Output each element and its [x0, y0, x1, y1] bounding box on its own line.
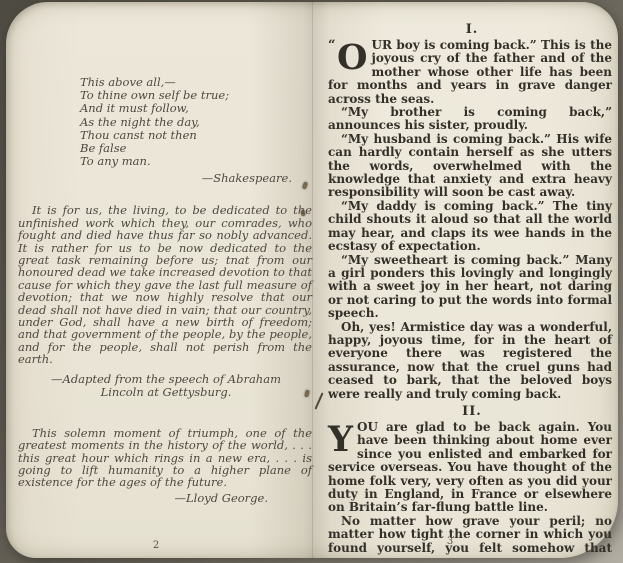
paragraph-text: OU are glad to be back again. You have b… [328, 420, 612, 514]
open-booklet: This above all,— To thine own self be tr… [6, 2, 618, 558]
lloyd-george-attribution: —Lloyd George. [16, 491, 268, 505]
left-page: This above all,— To thine own self be tr… [16, 2, 316, 558]
drop-cap-o: O [337, 39, 372, 79]
paragraph-my-sweetheart: “My sweetheart is coming back.” Many a g… [326, 254, 618, 321]
lincoln-quote: It is for us, the living, to be dedicate… [18, 204, 312, 365]
paragraph-our-boy: “ O UR boy is coming back.” This is the … [326, 39, 618, 106]
section-heading-1: I. [326, 22, 618, 37]
right-page: I. “ O UR boy is coming back.” This is t… [326, 2, 618, 558]
page-number-right: 3 [304, 536, 596, 547]
page-number-left: 2 [6, 540, 306, 551]
poem-line: And it must follow, [80, 102, 316, 115]
shakespeare-quote: This above all,— To thine own self be tr… [80, 76, 316, 168]
lincoln-attribution: —Adapted from the speech of Abraham Linc… [42, 373, 290, 399]
paragraph-my-brother: “My brother is coming back,” announces h… [326, 106, 618, 133]
drop-cap-y: Y [328, 421, 357, 461]
open-quote-mark: “ [328, 39, 337, 79]
paragraph-text: UR boy is coming back.” This is the joyo… [328, 38, 612, 106]
poem-line: To any man. [80, 155, 316, 168]
paragraph-no-matter: No matter how grave your peril; no matte… [326, 515, 618, 555]
lloyd-george-quote: This solemn moment of triumph, one of th… [18, 427, 312, 489]
scanned-booklet-photo: This above all,— To thine own self be tr… [0, 0, 623, 563]
paragraph-armistice-day: Oh, yes! Armistice day was a wonderful, … [326, 321, 618, 401]
shakespeare-attribution: —Shakespeare. [16, 171, 292, 185]
poem-line: As the night the day, [80, 116, 316, 129]
paragraph-my-daddy: “My daddy is coming back.” The tiny chil… [326, 200, 618, 254]
paragraph-my-husband: “My husband is coming back.” His wife ca… [326, 133, 618, 200]
section-heading-2: II. [326, 404, 618, 419]
paragraph-you-are-glad: Y OU are glad to be back again. You have… [326, 421, 618, 515]
